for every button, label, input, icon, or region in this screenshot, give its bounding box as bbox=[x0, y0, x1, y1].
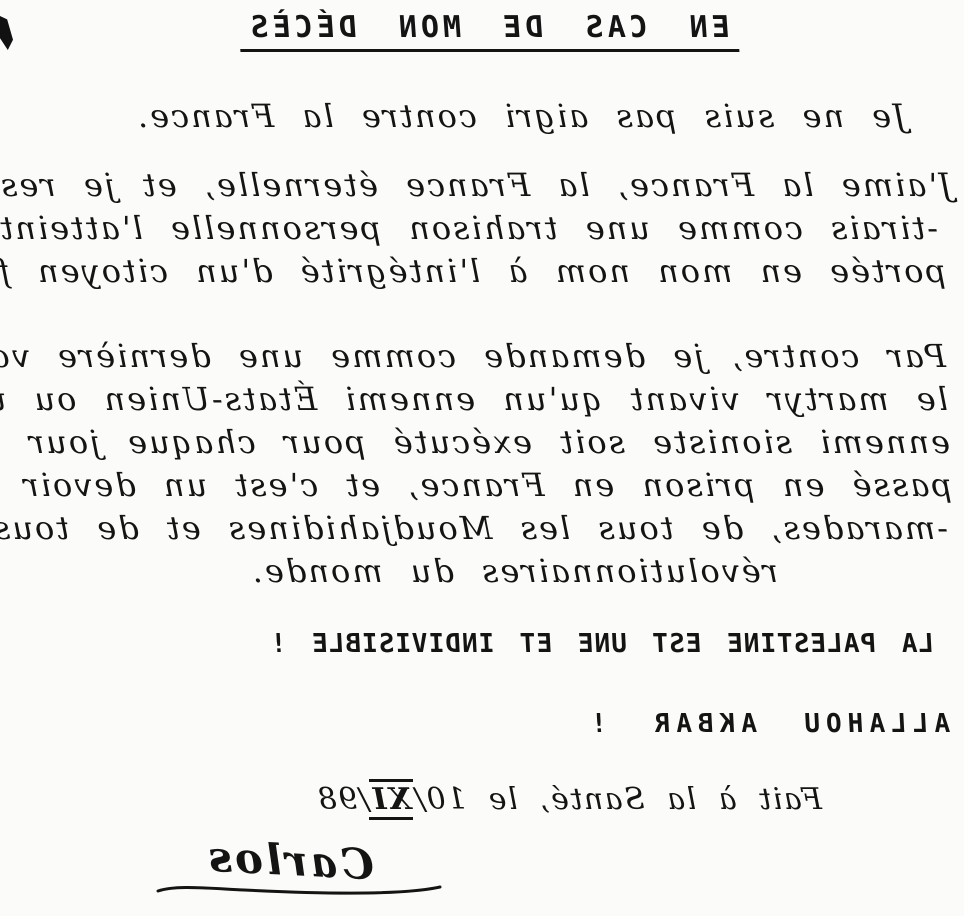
slogan-palestine: LA PALESTINE EST UNE ET INDIVISIBLE ! bbox=[269, 629, 935, 659]
dateline-suffix: /98 bbox=[316, 782, 369, 817]
signature-block: Carlos bbox=[144, 836, 444, 901]
slogan-allahou-akbar: ALLAHOU AKBAR ! bbox=[584, 709, 950, 739]
mirrored-page-content: EN CAS DE MON DÉCÈS Je ne suis pas aigri… bbox=[0, 0, 964, 916]
paragraph2-line1: J'aime la France, la France éternelle, e… bbox=[0, 166, 952, 204]
dateline: Fait à la Santé, le 10/XI/98 bbox=[316, 782, 822, 817]
paragraph3-line6: révolutionnaires du monde. bbox=[251, 552, 778, 590]
paragraph1-line1: Je ne suis pas aigri contre la France. bbox=[136, 97, 906, 135]
paragraph3-line4: passé en prison en France, et c'est un d… bbox=[0, 466, 952, 504]
dateline-prefix: Fait à la Santé, le 10/ bbox=[413, 782, 822, 817]
dateline-month-roman-numeral: XI bbox=[369, 779, 413, 820]
letter-title: EN CAS DE MON DÉCÈS bbox=[237, 10, 739, 52]
signature: Carlos bbox=[204, 832, 375, 890]
paragraph3-line5: -marades, de tous les Moudjahidines et d… bbox=[0, 509, 948, 547]
paragraph3-line2: le martyr vivant qu'un ennemi États-Unie… bbox=[0, 380, 948, 418]
paragraph3-line1: Par contre, je demande comme une dernièr… bbox=[0, 337, 946, 375]
paragraph2-line2: -tirais comme une trahison personnelle l… bbox=[0, 209, 938, 247]
paragraph2-line3: portée en mon nom à l'intégrité d'un cit… bbox=[0, 252, 946, 290]
scanned-letter-page: EN CAS DE MON DÉCÈS Je ne suis pas aigri… bbox=[0, 0, 964, 916]
paragraph3-line3: ennemi sioniste soit exécuté pour chaque… bbox=[0, 423, 950, 461]
